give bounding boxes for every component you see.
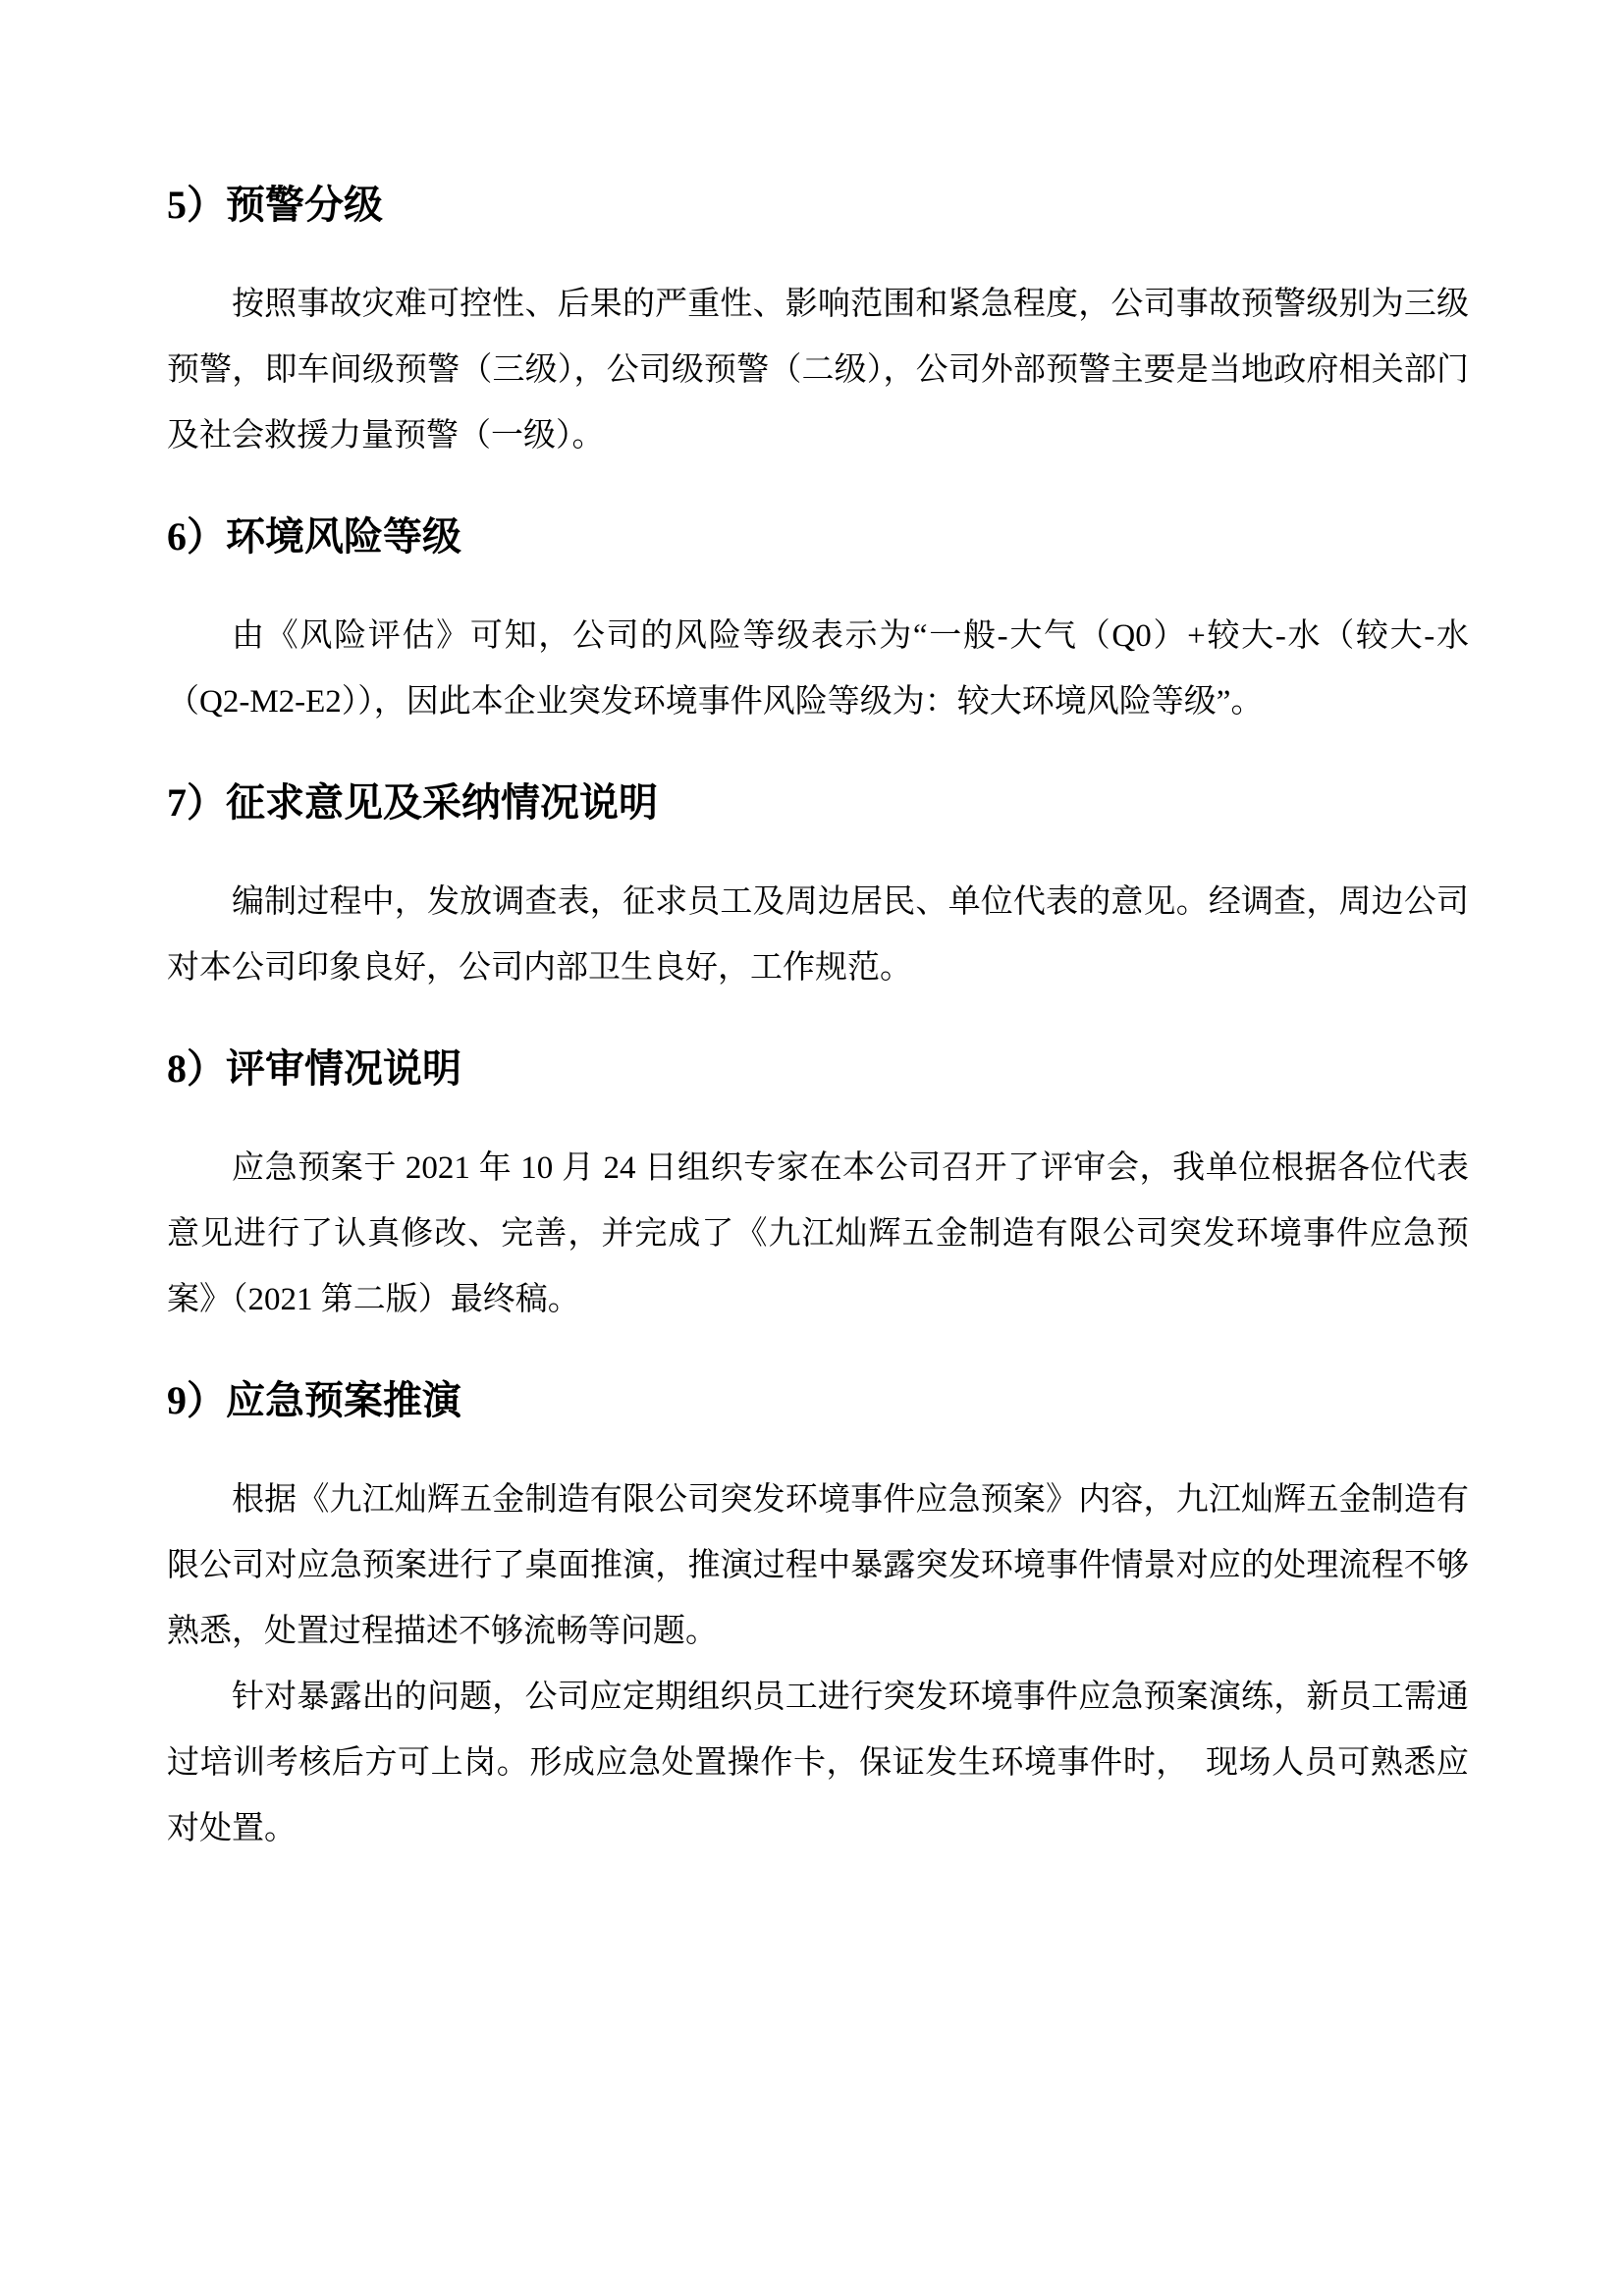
document-section: 9）应急预案推演根据《九江灿辉五金制造有限公司突发环境事件应急预案》内容，九江灿… bbox=[167, 1377, 1469, 1862]
section-heading: 5）预警分级 bbox=[167, 182, 1469, 229]
section-paragraph: 编制过程中，发放调查表，征求员工及周边居民、单位代表的意见。经调查，周边公司对本… bbox=[167, 870, 1469, 1001]
document-section: 6）环境风险等级由《风险评估》可知，公司的风险等级表示为“一般-大气（Q0）+较… bbox=[167, 513, 1469, 735]
document-body: 5）预警分级按照事故灾难可控性、后果的严重性、影响范围和紧急程度，公司事故预警级… bbox=[167, 182, 1469, 1862]
section-heading: 9）应急预案推演 bbox=[167, 1377, 1469, 1424]
document-section: 7）征求意见及采纳情况说明编制过程中，发放调查表，征求员工及周边居民、单位代表的… bbox=[167, 779, 1469, 1001]
section-paragraph: 按照事故灾难可控性、后果的严重性、影响范围和紧急程度，公司事故预警级别为三级预警… bbox=[167, 272, 1469, 469]
section-heading: 7）征求意见及采纳情况说明 bbox=[167, 779, 1469, 827]
document-section: 5）预警分级按照事故灾难可控性、后果的严重性、影响范围和紧急程度，公司事故预警级… bbox=[167, 182, 1469, 469]
document-section: 8）评审情况说明应急预案于 2021 年 10 月 24 日组织专家在本公司召开… bbox=[167, 1045, 1469, 1333]
section-heading: 6）环境风险等级 bbox=[167, 513, 1469, 561]
section-paragraph: 应急预案于 2021 年 10 月 24 日组织专家在本公司召开了评审会，我单位… bbox=[167, 1136, 1469, 1333]
section-paragraph: 针对暴露出的问题，公司应定期组织员工进行突发环境事件应急预案演练，新员工需通过培… bbox=[167, 1665, 1469, 1862]
document-page: 5）预警分级按照事故灾难可控性、后果的严重性、影响范围和紧急程度，公司事故预警级… bbox=[0, 0, 1624, 2296]
section-paragraph: 由《风险评估》可知，公司的风险等级表示为“一般-大气（Q0）+较大-水（较大-水… bbox=[167, 604, 1469, 735]
section-paragraph: 根据《九江灿辉五金制造有限公司突发环境事件应急预案》内容，九江灿辉五金制造有限公… bbox=[167, 1468, 1469, 1665]
section-heading: 8）评审情况说明 bbox=[167, 1045, 1469, 1093]
